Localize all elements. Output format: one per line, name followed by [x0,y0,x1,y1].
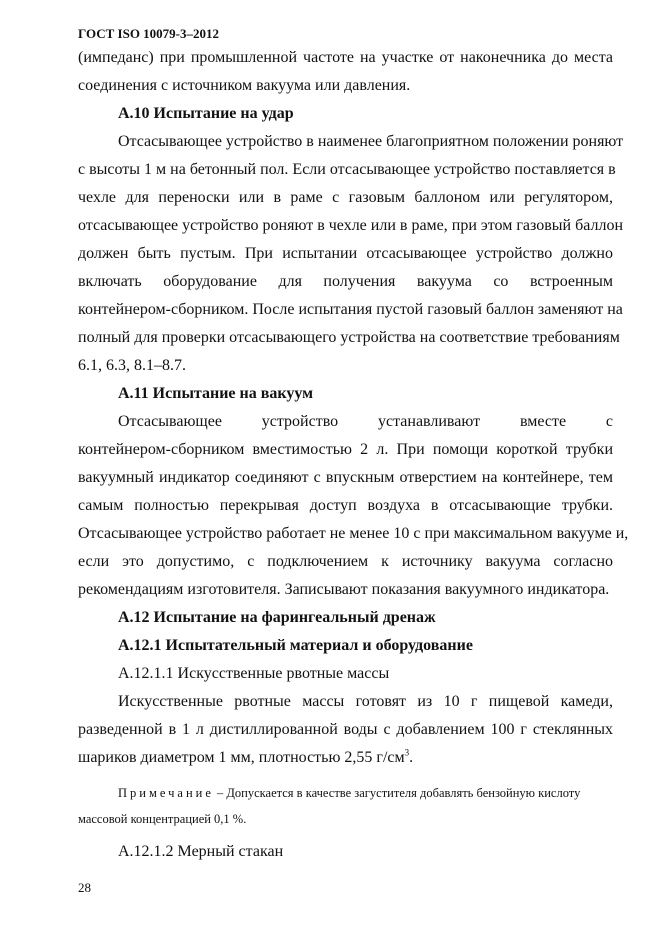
paragraph-line: контейнером-сборником. После испытания п… [78,296,613,324]
paragraph-line: с высоты 1 м на бетонный пол. Если отсас… [78,156,613,184]
note-label: Примечание [118,786,214,800]
density-text: шариков диаметром 1 мм, плотностью 2,55 … [78,749,405,766]
paragraph-line: Отсасывающее устройство работает не мене… [78,520,613,548]
note-line: Примечание – Допускается в качестве загу… [78,780,613,806]
paragraph-line: шариков диаметром 1 мм, плотностью 2,55 … [78,744,613,772]
page-number: 28 [78,880,91,896]
paragraph-line: Отсасывающее устройство устанавливают вм… [78,408,613,436]
paragraph-line: отсасывающее устройство роняют в чехле и… [78,212,613,240]
subsection-heading-a12-1-2: А.12.1.2 Мерный стакан [78,838,613,866]
paragraph-line: вакуумный индикатор соединяют с впускным… [78,464,613,492]
paragraph-line: 6.1, 6.3, 8.1–8.7. [78,352,613,380]
document-header: ГОСТ ISO 10079-3–2012 [78,26,219,42]
period: . [409,749,413,766]
note-line: массовой концентрацией 0,1 %. [78,806,613,832]
paragraph-line: (импеданс) при промышленной частоте на у… [78,44,613,72]
paragraph-line: соединения с источником вакуума или давл… [78,72,613,100]
document-body: (импеданс) при промышленной частоте на у… [78,44,613,866]
paragraph-line: разведенной в 1 л дистиллированной воды … [78,716,613,744]
subsection-heading-a12-1-1: А.12.1.1 Искусственные рвотные массы [78,660,613,688]
paragraph-line: Отсасывающее устройство в наименее благо… [78,128,613,156]
section-heading-a12: А.12 Испытание на фарингеальный дренаж [78,604,613,632]
paragraph-line: включать оборудование для получения ваку… [78,268,613,296]
section-heading-a10: А.10 Испытание на удар [78,100,613,128]
section-heading-a11: А.11 Испытание на вакуум [78,380,613,408]
paragraph-line: контейнером-сборником вместимостью 2 л. … [78,436,613,464]
paragraph-line: чехле для переноски или в раме с газовым… [78,184,613,212]
paragraph-line: должен быть пустым. При испытании отсасы… [78,240,613,268]
paragraph-line: полный для проверки отсасывающего устрой… [78,324,613,352]
paragraph-line: самым полностью перекрывая доступ воздух… [78,492,613,520]
section-heading-a12-1: А.12.1 Испытательный материал и оборудов… [78,632,613,660]
paragraph-line: рекомендациям изготовителя. Записывают п… [78,576,613,604]
paragraph-line: Искусственные рвотные массы готовят из 1… [78,688,613,716]
note-text: – Допускается в качестве загустителя доб… [217,786,580,800]
paragraph-line: если это допустимо, с подключением к ист… [78,548,613,576]
